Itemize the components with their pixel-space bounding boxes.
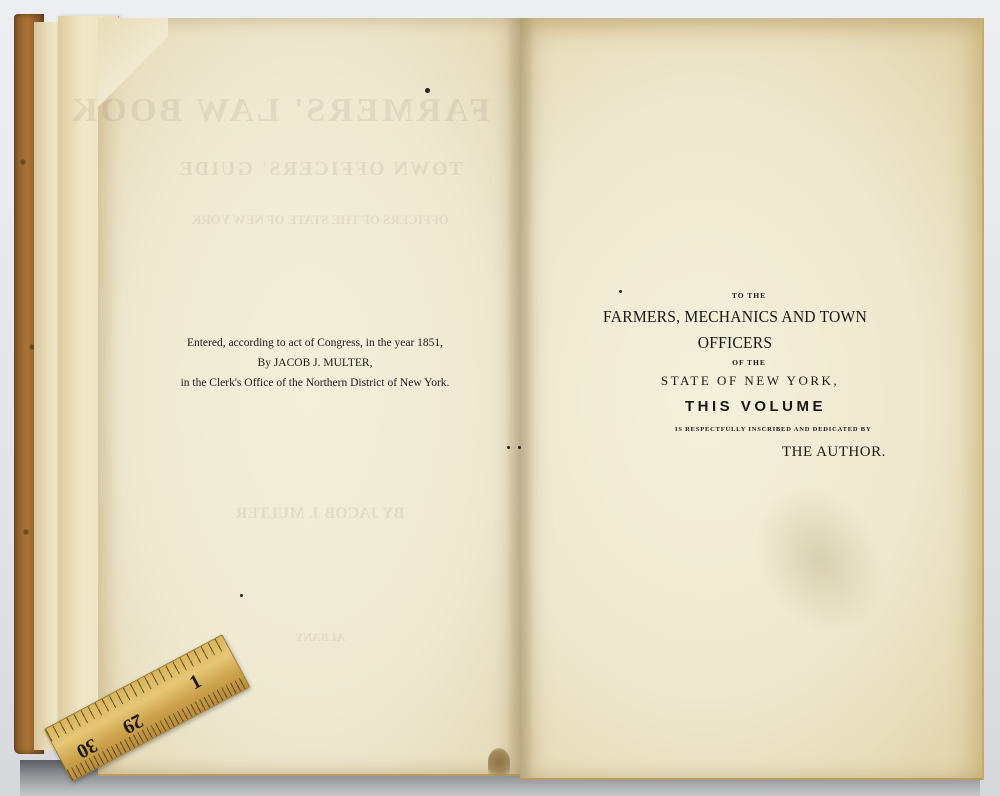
- left-page: [98, 18, 520, 776]
- copyright-notice: Entered, according to act of Congress, i…: [160, 333, 470, 393]
- copyright-line: By JACOB J. MULTER,: [160, 353, 470, 373]
- ink-speck: [507, 446, 510, 449]
- dedication-state: STATE OF NEW YORK,: [590, 370, 910, 392]
- dedication-to-the: TO THE: [588, 290, 910, 302]
- dedication-of-the: OF THE: [588, 356, 910, 370]
- ink-speck: [240, 594, 243, 597]
- bleed-through-text: OFFICERS OF THE STATE OF NEW YORK: [150, 212, 490, 228]
- dedication-author: THE AUTHOR.: [782, 440, 910, 464]
- dedication-block: TO THE FARMERS, MECHANICS AND TOWN OFFIC…: [560, 290, 910, 464]
- gutter-stain: [488, 748, 510, 776]
- ink-speck: [425, 88, 430, 93]
- bleed-through-text: BY JACOB J. MULTER: [150, 505, 490, 523]
- bleed-through-text: ALBANY: [150, 630, 490, 645]
- bleed-through-text: FARMERS' LAW BOOK: [150, 92, 490, 130]
- ink-speck: [619, 290, 622, 293]
- bleed-through-text: TOWN OFFICERS' GUIDE: [150, 158, 490, 181]
- dedication-recipients: FARMERS, MECHANICS AND TOWN OFFICERS: [574, 304, 896, 356]
- ink-speck: [518, 446, 521, 449]
- dedication-inscribed: IS RESPECTFULLY INSCRIBED AND DEDICATED …: [675, 422, 910, 438]
- ruler-number: 1: [186, 670, 206, 695]
- book-gutter: [506, 18, 534, 778]
- copyright-line: in the Clerk's Office of the Northern Di…: [160, 373, 470, 393]
- copyright-line: Entered, according to act of Congress, i…: [160, 333, 470, 353]
- dedication-this-volume: THIS VOLUME: [685, 394, 910, 420]
